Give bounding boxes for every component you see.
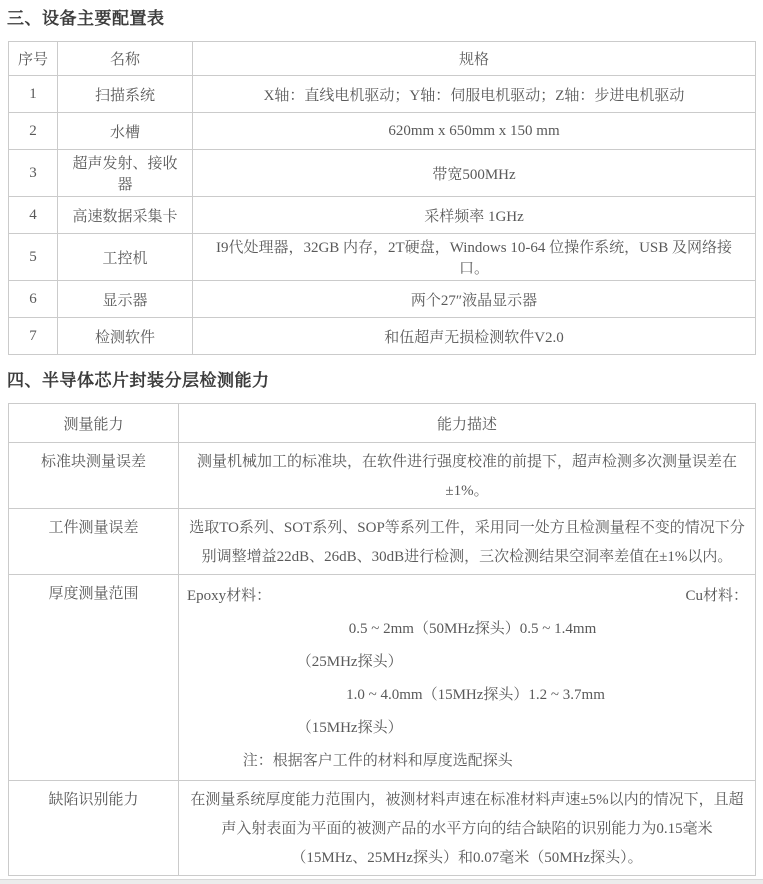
thickness-line-left: 1.0 ~ 4.0mm（15MHz探头） — [330, 687, 528, 703]
thickness-range-line: Epoxy材料：Cu材料： — [187, 580, 748, 613]
capability-row: 标准块测量误差测量机械加工的标准块，在软件进行强度校准的前提下，超声检测多次测量… — [9, 443, 756, 509]
device-spec-cell: I9代处理器，32GB 内存，2T硬盘，Windows 10-64 位操作系统，… — [193, 234, 756, 281]
capability-header-row: 测量能力能力描述 — [9, 404, 756, 443]
equipment-col-header: 名称 — [58, 42, 193, 76]
row-number-cell: 4 — [9, 197, 58, 234]
device-name-cell: 扫描系统 — [58, 76, 193, 113]
row-number-cell: 1 — [9, 76, 58, 113]
equipment-col-header: 序号 — [9, 42, 58, 76]
capability-row: 工件测量误差选取TO系列、SOT系列、SOP等系列工件，采用同一处方且检测量程不… — [9, 509, 756, 575]
capability-table: 测量能力能力描述 标准块测量误差测量机械加工的标准块，在软件进行强度校准的前提下… — [8, 403, 756, 876]
capability-col-header: 测量能力 — [9, 404, 179, 443]
equipment-header-row: 序号名称规格 — [9, 42, 756, 76]
thickness-range-line: （25MHz探头） — [187, 646, 512, 679]
capability-name-cell: 缺陷识别能力 — [9, 781, 179, 876]
device-spec-cell: 带宽500MHz — [193, 150, 756, 197]
equipment-row: 1扫描系统X轴：直线电机驱动；Y轴：伺服电机驱动；Z轴：步进电机驱动 — [9, 76, 756, 113]
device-spec-cell: 两个27″液晶显示器 — [193, 281, 756, 318]
section-3-heading: 三、设备主要配置表 — [7, 4, 763, 29]
thickness-line-right: 0.5 ~ 1.4mm — [520, 621, 596, 637]
thickness-line-right: 1.2 ~ 3.7mm — [528, 687, 604, 703]
section-4-heading: 四、半导体芯片封装分层检测能力 — [7, 366, 763, 391]
thickness-range-line: 0.5 ~ 2mm（50MHz探头）0.5 ~ 1.4mm — [187, 613, 748, 646]
thickness-range-line: 注：根据客户工件的材料和厚度选配探头 — [187, 745, 568, 778]
device-name-cell: 显示器 — [58, 281, 193, 318]
row-number-cell: 7 — [9, 318, 58, 355]
device-name-cell: 水槽 — [58, 113, 193, 150]
equipment-row: 7检测软件和伍超声无损检测软件V2.0 — [9, 318, 756, 355]
capability-name-cell: 厚度测量范围 — [9, 575, 179, 781]
row-number-cell: 3 — [9, 150, 58, 197]
equipment-config-table: 序号名称规格 1扫描系统X轴：直线电机驱动；Y轴：伺服电机驱动；Z轴：步进电机驱… — [8, 41, 756, 355]
thickness-range-line: （15MHz探头） — [187, 712, 512, 745]
equipment-row: 4高速数据采集卡采样频率 1GHz — [9, 197, 756, 234]
capability-desc-cell: Epoxy材料：Cu材料：0.5 ~ 2mm（50MHz探头）0.5 ~ 1.4… — [179, 575, 756, 781]
capability-desc-cell: 在测量系统厚度能力范围内，被测材料声速在标准材料声速±5%以内的情况下，且超声入… — [179, 781, 756, 876]
capability-desc-cell: 测量机械加工的标准块，在软件进行强度校准的前提下，超声检测多次测量误差在±1%。 — [179, 443, 756, 509]
equipment-row: 5工控机I9代处理器，32GB 内存，2T硬盘，Windows 10-64 位操… — [9, 234, 756, 281]
equipment-row: 3超声发射、接收器带宽500MHz — [9, 150, 756, 197]
capability-row: 缺陷识别能力在测量系统厚度能力范围内，被测材料声速在标准材料声速±5%以内的情况… — [9, 781, 756, 876]
device-name-cell: 高速数据采集卡 — [58, 197, 193, 234]
thickness-range-line: 1.0 ~ 4.0mm（15MHz探头）1.2 ~ 3.7mm — [187, 679, 748, 712]
device-spec-cell: X轴：直线电机驱动；Y轴：伺服电机驱动；Z轴：步进电机驱动 — [193, 76, 756, 113]
next-section-top-edge — [0, 879, 763, 884]
equipment-row: 6显示器两个27″液晶显示器 — [9, 281, 756, 318]
device-spec-cell: 620mm x 650mm x 150 mm — [193, 113, 756, 150]
device-spec-cell: 和伍超声无损检测软件V2.0 — [193, 318, 756, 355]
device-spec-cell: 采样频率 1GHz — [193, 197, 756, 234]
row-number-cell: 6 — [9, 281, 58, 318]
device-name-cell: 工控机 — [58, 234, 193, 281]
thickness-line-right: Cu材料： — [685, 580, 748, 613]
device-name-cell: 检测软件 — [58, 318, 193, 355]
thickness-line-left: Epoxy材料： — [187, 580, 271, 613]
row-number-cell: 2 — [9, 113, 58, 150]
capability-desc-cell: 选取TO系列、SOT系列、SOP等系列工件，采用同一处方且检测量程不变的情况下分… — [179, 509, 756, 575]
row-number-cell: 5 — [9, 234, 58, 281]
capability-name-cell: 标准块测量误差 — [9, 443, 179, 509]
equipment-col-header: 规格 — [193, 42, 756, 76]
capability-name-cell: 工件测量误差 — [9, 509, 179, 575]
capability-row: 厚度测量范围Epoxy材料：Cu材料：0.5 ~ 2mm（50MHz探头）0.5… — [9, 575, 756, 781]
equipment-row: 2水槽620mm x 650mm x 150 mm — [9, 113, 756, 150]
device-name-cell: 超声发射、接收器 — [58, 150, 193, 197]
capability-col-header: 能力描述 — [179, 404, 756, 443]
thickness-line-left: 0.5 ~ 2mm（50MHz探头） — [339, 621, 520, 637]
